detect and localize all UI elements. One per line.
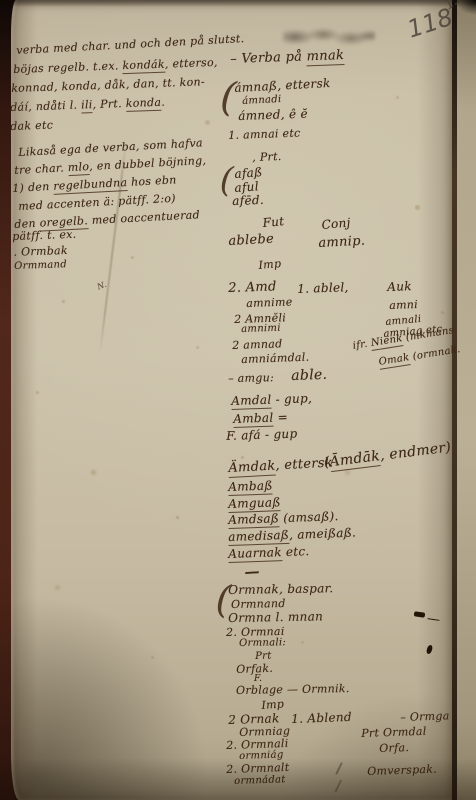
underlined-word: amedisaß — [228, 528, 289, 546]
text-segment: 1. Ormbak — [6, 244, 68, 259]
underlined-word: Āmdāk — [329, 448, 381, 472]
handwritten-line: Amguaß — [228, 495, 281, 511]
handwritten-line: amnimi — [241, 323, 281, 335]
handwritten-line: Ambal = — [233, 410, 288, 426]
handwritten-line: F. — [254, 674, 262, 684]
handwritten-line: Ormmand — [14, 259, 67, 272]
handwritten-line: afēd. — [232, 193, 264, 208]
manuscript-photo: verba med char. und och den på slutst.bö… — [0, 0, 476, 800]
text-segment: 1. ablel, — [297, 280, 349, 296]
text-segment: amnimi — [241, 323, 281, 335]
handwritten-line: 1) den regelbundna hos ebn — [12, 173, 177, 195]
handwritten-line: konnad, konda, dåk, dan, tt. kon- — [11, 75, 205, 95]
handwritten-line: dáí, ndåti l. ili, Prt. konda. — [10, 96, 165, 114]
handwritten-line: N. — [96, 280, 108, 292]
handwritten-line: Orfa. — [379, 741, 409, 755]
text-segment: – amgu: — [228, 371, 274, 385]
underlined-word: regelbundna — [53, 176, 128, 194]
handwritten-line: 1. ablel, — [297, 280, 349, 296]
text-segment: 1. Ablend — [291, 710, 352, 726]
underlined-word: mlo — [67, 160, 89, 176]
text-segment: Conj — [321, 215, 351, 231]
text-segment: — — [244, 562, 261, 581]
handwritten-line: Orblage — Ormnik. — [236, 682, 350, 697]
underlined-word: Ämdak — [228, 459, 276, 478]
underlined-word: kondák — [122, 58, 165, 74]
handwritten-line: 1. Ablend — [291, 710, 352, 726]
text-segment: Fut — [262, 214, 285, 230]
handwritten-line: Amdsaß (amsaß). — [228, 509, 339, 527]
handwritten-line: 1. Ormbak — [6, 244, 68, 259]
text-segment: etc. — [282, 544, 310, 559]
handwritten-line: – Ormga — [400, 709, 450, 724]
handwritten-line: Conj — [321, 215, 351, 231]
handwritten-line: Auk — [387, 279, 412, 294]
handwritten-line: böjas regelb. t.ex. kondák, etterso, — [13, 56, 218, 76]
handwritten-line: Ormnand — [231, 597, 286, 611]
text-segment: , Prt. — [92, 97, 126, 111]
text-segment: konnad, konda, dåk, dan, tt. kon- — [11, 75, 205, 95]
underlined-word: Ambal — [233, 411, 274, 428]
text-segment: (ormnak. — [409, 344, 462, 363]
handwritten-line: amnip. — [318, 234, 366, 251]
text-segment: 1. amnai etc — [228, 126, 301, 142]
handwritten-line: – amgu: — [228, 371, 274, 385]
text-segment: Imp — [258, 257, 282, 272]
text-segment: , en dubbel böjning, — [89, 154, 207, 173]
handwritten-line: Imp — [261, 697, 285, 712]
text-segment: ifr. — [352, 338, 372, 352]
handwritten-line: amnime — [246, 295, 293, 310]
text-segment: amniámdal. — [241, 351, 310, 366]
text-segment: Ormna l. mnan — [228, 609, 323, 625]
handwritten-line: able. — [291, 367, 328, 384]
text-segment: F. — [254, 674, 262, 684]
handwritten-line: Omak (ormnak. — [378, 344, 461, 368]
text-segment: 1) den — [12, 180, 54, 195]
handwritten-line: afaß — [234, 165, 263, 181]
handwritten-line: – Verba på mnak — [230, 48, 344, 67]
handwritten-line: amni — [389, 298, 418, 312]
text-segment: ámned, ê ĕ — [238, 107, 308, 123]
handwritten-line: Ormnali: — [239, 637, 286, 649]
text-segment: pätff. t. ex. — [12, 228, 77, 243]
handwritten-line: 2. Amd — [228, 279, 277, 296]
text-segment: Prt — [255, 650, 272, 662]
text-segment: afaß — [234, 165, 263, 181]
underlined-word: konda — [126, 96, 162, 112]
underlined-word: Omak — [378, 352, 410, 369]
handwritten-line: amedisaß, ameißaß. — [228, 526, 356, 544]
text-segment: ámnaß, ettersk — [234, 76, 331, 95]
underlined-word: Ambaß — [228, 478, 273, 495]
handwritten-line: 2 amnad — [232, 337, 283, 352]
handwritten-line: Prt Ormdal — [361, 725, 427, 740]
handwritten-line: — — [244, 562, 261, 581]
underlined-word: Nienk — [370, 333, 403, 350]
text-segment: Orblage — Ormnik. — [236, 682, 350, 697]
text-segment: – Verba på — [230, 49, 307, 67]
handwritten-line: amniámdal. — [241, 351, 310, 366]
text-segment: Ormnali: — [239, 637, 286, 649]
text-segment: Ormmand — [14, 259, 67, 272]
text-segment: Ormnand — [231, 597, 286, 611]
text-segment: Prt Ormdal — [361, 725, 427, 740]
text-segment: böjas regelb. t.ex. — [13, 59, 123, 76]
photo-corner-shadow — [448, 0, 476, 20]
handwritten-line: (Āmdāk, endmer) — [323, 439, 452, 470]
handwritten-line: Auarnak etc. — [228, 544, 310, 561]
text-segment: F. afá - gup — [226, 427, 298, 443]
text-segment: ablebe — [228, 232, 274, 249]
handwritten-line: ámnadi — [242, 94, 282, 107]
top-edge-shadow — [0, 0, 476, 7]
text-segment: amni — [389, 298, 418, 312]
text-segment: amnip. — [318, 234, 366, 251]
handwritten-line: Imp — [258, 257, 282, 272]
text-segment: Orfa. — [379, 741, 409, 755]
underlined-word: Amdal — [231, 393, 272, 410]
text-segment: amnime — [246, 295, 293, 310]
text-segment: verba med char. und och den på slutst. — [16, 32, 245, 57]
text-segment: tre char. — [14, 161, 68, 177]
handwriting-layer: verba med char. und och den på slutst.bö… — [0, 0, 476, 800]
handwritten-line: Ormna l. mnan — [228, 609, 323, 625]
text-segment: N. — [96, 280, 108, 292]
handwritten-line: dak etc — [10, 119, 53, 133]
underlined-word: mnak — [306, 48, 344, 66]
text-segment: dak etc — [10, 119, 53, 133]
text-segment: 2 amnad — [232, 337, 283, 352]
underlined-word: Amdsaß — [228, 511, 279, 528]
text-segment: able. — [291, 367, 328, 384]
text-segment: , ameißaß. — [289, 526, 357, 542]
handwritten-line: 1. amnai etc — [228, 126, 301, 142]
underlined-word: Auarnak — [228, 545, 282, 562]
text-segment: ámnadi — [242, 94, 282, 107]
handwritten-line: Amdal - gup, — [231, 391, 312, 408]
handwritten-line: Ambaß — [228, 478, 273, 494]
underlined-word: Amguaß — [228, 495, 281, 512]
text-segment: Auk — [387, 279, 412, 294]
text-segment: , Prt. — [252, 150, 282, 164]
handwritten-line: Prt — [255, 650, 272, 662]
text-segment: = — [273, 410, 288, 424]
text-segment: Ormnak, baspar. — [228, 581, 334, 597]
handwritten-line: F. afá - gup — [226, 427, 298, 443]
handwritten-line: ablebe — [228, 232, 274, 249]
handwritten-line: Ämdak, ettersk — [228, 456, 333, 476]
text-segment: , etterso, — [165, 56, 218, 71]
handwritten-line: ámnaß, ettersk — [234, 76, 331, 95]
text-segment: . — [161, 96, 165, 109]
handwritten-line: pätff. t. ex. — [12, 228, 77, 243]
handwritten-line: Fut — [262, 214, 285, 230]
handwritten-line: Ormnak, baspar. — [228, 581, 334, 597]
handwritten-line: verba med char. und och den på slutst. — [16, 32, 245, 57]
text-segment: med oaccentuerad — [88, 208, 201, 227]
text-segment: Imp — [261, 697, 285, 712]
bottom-edge-shadow — [0, 758, 476, 800]
handwritten-line: , Prt. — [252, 150, 282, 164]
text-segment: , endmer) — [379, 439, 452, 464]
text-segment: afēd. — [232, 193, 264, 208]
text-segment: – Ormga — [400, 709, 450, 724]
handwritten-line: ámned, ê ĕ — [238, 107, 308, 123]
text-segment: dáí, ndåti l. — [10, 99, 81, 114]
text-segment: (amsaß). — [279, 509, 339, 525]
text-segment: 2. Amd — [228, 279, 277, 296]
text-segment: - gup, — [271, 391, 312, 406]
text-segment: hos ebn — [127, 173, 177, 189]
